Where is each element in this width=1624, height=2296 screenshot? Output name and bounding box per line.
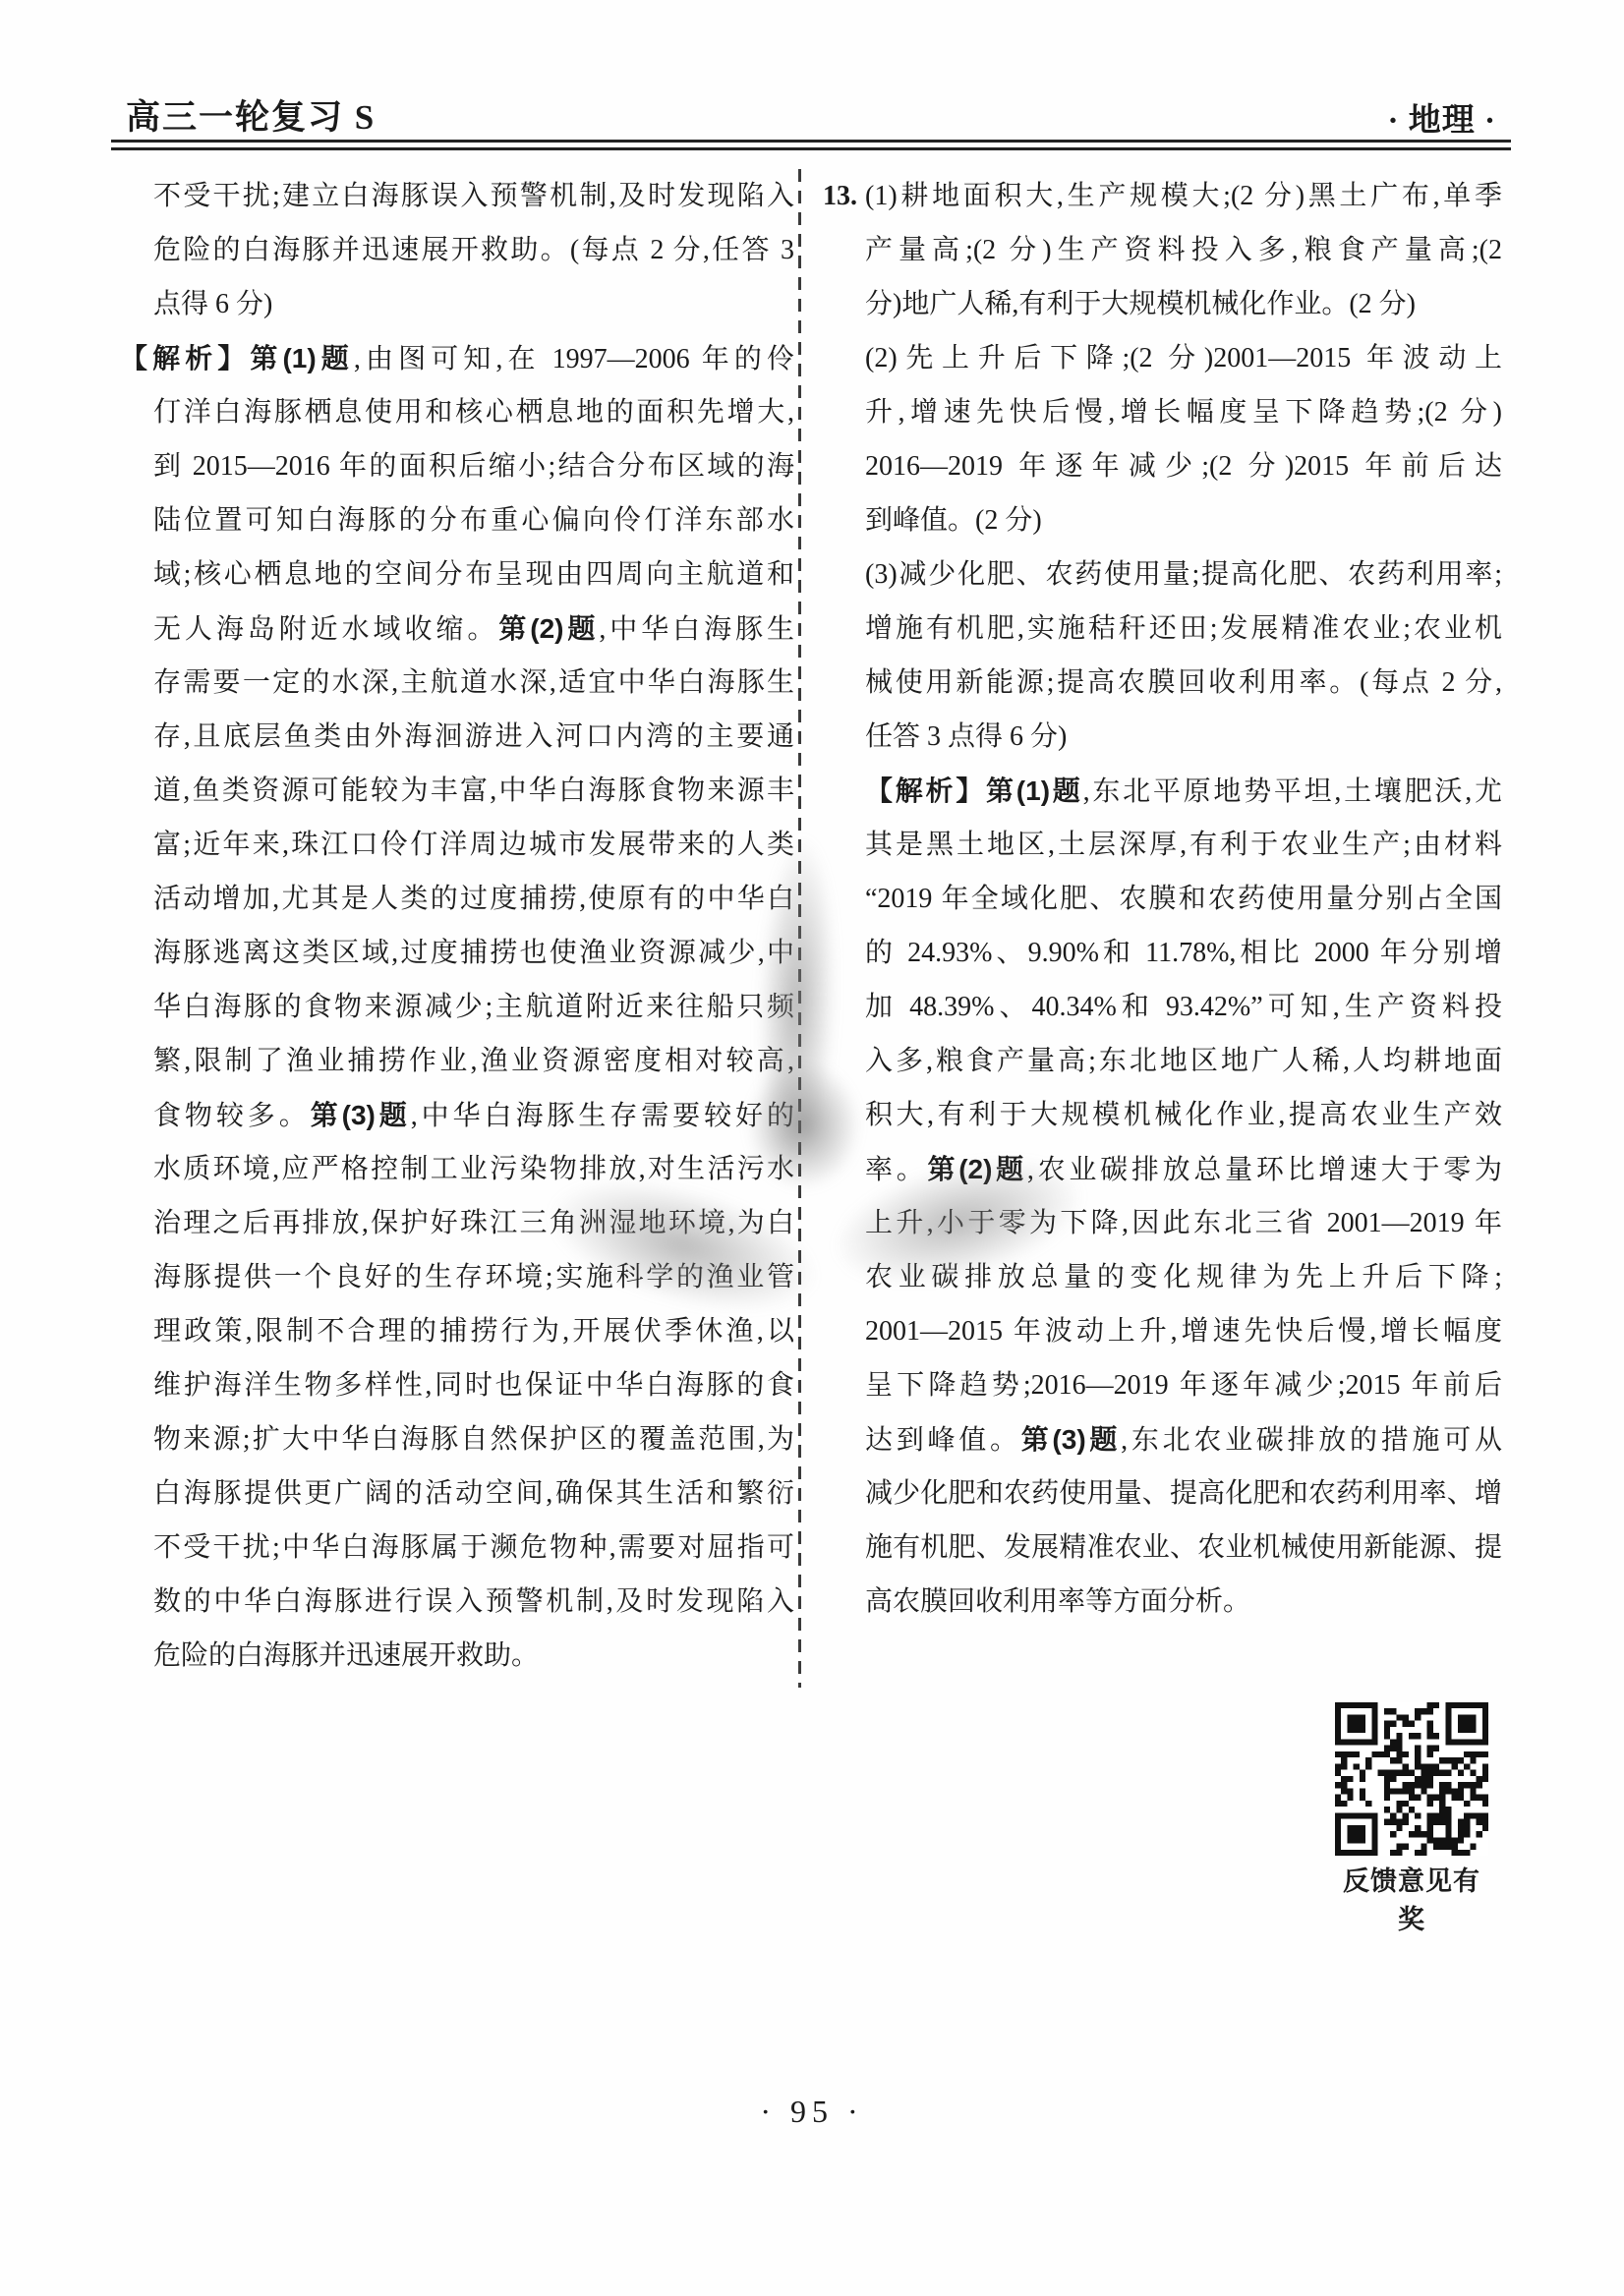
answer-12-continuation: 不受干扰;建立白海豚误入预警机制,及时发现陷入危险的白海豚并迅速展开救助。(每点… xyxy=(120,169,794,331)
text-line: 数的中华白海豚进行误入预警机制,及时发现陷入 xyxy=(153,1575,794,1629)
text-line: 加 48.39%、40.34%和 93.42%”可知,生产资料投 xyxy=(865,980,1502,1034)
text-line: “2019 年全域化肥、农膜和农药使用量分别占全国 xyxy=(865,872,1502,926)
text-line: 械使用新能源;提高农膜回收利用率。(每点 2 分, xyxy=(865,656,1502,710)
text-line: 域;核心栖息地的空间分布呈现由四周向主航道和 xyxy=(153,547,794,602)
text-line: 高农膜回收利用率等方面分析。 xyxy=(865,1575,1502,1629)
printed-answer-page: 高三一轮复习 S · 地理 · 不受干扰;建立白海豚误入预警机制,及时发现陷入危… xyxy=(0,0,1624,2296)
text-line: 上升,小于零为下降,因此东北三省 2001—2019 年 xyxy=(865,1196,1502,1250)
answer-13-2: (2)先上升后下降;(2 分)2001—2015 年波动上升,增速先快后慢,增长… xyxy=(865,331,1502,547)
text-line: 的 24.93%、9.90%和 11.78%,相比 2000 年分别增 xyxy=(865,926,1502,980)
text-line: 不受干扰;中华白海豚属于濒危物种,需要对屈指可 xyxy=(153,1521,794,1575)
text-line: 存需要一定的水深,主航道水深,适宜中华白海豚生 xyxy=(153,656,794,710)
text-line: 物来源;扩大中华白海豚自然保护区的覆盖范围,为 xyxy=(153,1412,794,1466)
text-line: 达到峰值。第(3)题,东北农业碳排放的措施可从 xyxy=(865,1412,1502,1466)
text-line: 白海豚提供更广阔的活动空间,确保其生活和繁衍 xyxy=(153,1466,794,1521)
feedback-qr-block: 反馈意见有奖 xyxy=(1333,1702,1490,1936)
answer-13-1: (1)耕地面积大,生产规模大;(2 分)黑土广布,单季产量高;(2 分)生产资料… xyxy=(865,169,1502,331)
text-line: 任答 3 点得 6 分) xyxy=(865,710,1502,764)
text-line: 到 2015—2016 年的面积后缩小;结合分布区域的海 xyxy=(153,439,794,493)
text-line: 富;近年来,珠江口伶仃洋周边城市发展带来的人类 xyxy=(153,818,794,872)
text-line: 活动增加,尤其是人类的过度捕捞,使原有的中华白 xyxy=(153,872,794,926)
analysis-paragraph-13: 【解析】第(1)题,东北平原地势平坦,土壤肥沃,尤其是黑土地区,土层深厚,有利于… xyxy=(865,764,1502,1629)
text-line: 繁,限制了渔业捕捞作业,渔业资源密度相对较高, xyxy=(153,1034,794,1088)
text-line: 率。第(2)题,农业碳排放总量环比增速大于零为 xyxy=(865,1142,1502,1196)
right-column: 13. (1)耕地面积大,生产规模大;(2 分)黑土广布,单季产量高;(2 分)… xyxy=(823,169,1502,1629)
question-number: 13. xyxy=(823,169,857,223)
header-subject: · 地理 · xyxy=(1387,94,1496,141)
text-line: 2001—2015 年波动上升,增速先快后慢,增长幅度 xyxy=(865,1304,1502,1358)
qr-caption: 反馈意见有奖 xyxy=(1333,1860,1490,1936)
text-line: 海豚提供一个良好的生存环境;实施科学的渔业管 xyxy=(153,1250,794,1304)
text-line: 危险的白海豚并迅速展开救助。(每点 2 分,任答 3 xyxy=(153,223,794,277)
question-13-content: (1)耕地面积大,生产规模大;(2 分)黑土广布,单季产量高;(2 分)生产资料… xyxy=(823,169,1502,1629)
text-line: 无人海岛附近水域收缩。第(2)题,中华白海豚生 xyxy=(153,602,794,656)
text-line: 维护海洋生物多样性,同时也保证中华白海豚的食 xyxy=(153,1358,794,1412)
page-number: · 95 · xyxy=(0,2094,1624,2130)
text-line: 食物较多。第(3)题,中华白海豚生存需要较好的 xyxy=(153,1088,794,1142)
column-divider-dashed xyxy=(798,169,801,1688)
text-line: 减少化肥和农药使用量、提高化肥和农药利用率、增 xyxy=(865,1466,1502,1521)
text-line: 理政策,限制不合理的捕捞行为,开展伏季休渔,以 xyxy=(153,1304,794,1358)
text-line: 水质环境,应严格控制工业污染物排放,对生活污水 xyxy=(153,1142,794,1196)
text-line: 农业碳排放总量的变化规律为先上升后下降; xyxy=(865,1250,1502,1304)
text-line: (1)耕地面积大,生产规模大;(2 分)黑土广布,单季 xyxy=(865,169,1502,223)
text-line: 海豚逃离这类区域,过度捕捞也使渔业资源减少,中 xyxy=(153,926,794,980)
text-line: 治理之后再排放,保护好珠江三角洲湿地环境,为白 xyxy=(153,1196,794,1250)
text-line: (2)先上升后下降;(2 分)2001—2015 年波动上 xyxy=(865,331,1502,385)
analysis-paragraph-12: 【解析】第(1)题,由图可知,在 1997—2006 年的伶仃洋白海豚栖息使用和… xyxy=(120,331,794,1683)
text-line: 存,且底层鱼类由外海洄游进入河口内湾的主要通 xyxy=(153,710,794,764)
text-line: 到峰值。(2 分) xyxy=(865,493,1502,547)
header-double-rule xyxy=(111,140,1511,150)
text-line: 升,增速先快后慢,增长幅度呈下降趋势;(2 分) xyxy=(865,385,1502,439)
text-line: 华白海豚的食物来源减少;主航道附近来往船只频 xyxy=(153,980,794,1034)
text-line: 增施有机肥,实施秸秆还田;发展精准农业;农业机 xyxy=(865,602,1502,656)
text-line: 积大,有利于大规模机械化作业,提高农业生产效 xyxy=(865,1088,1502,1142)
header-book-title: 高三一轮复习 S xyxy=(126,90,376,140)
text-line: 【解析】第(1)题,东北平原地势平坦,土壤肥沃,尤 xyxy=(865,764,1502,818)
text-line: 道,鱼类资源可能较为丰富,中华白海豚食物来源丰 xyxy=(153,764,794,818)
text-line: 入多,粮食产量高;东北地区地广人稀,人均耕地面 xyxy=(865,1034,1502,1088)
text-line: 危险的白海豚并迅速展开救助。 xyxy=(153,1629,794,1683)
text-line: 产量高;(2 分)生产资料投入多,粮食产量高;(2 xyxy=(865,223,1502,277)
text-line: 2016—2019 年逐年减少;(2 分)2015 年前后达 xyxy=(865,439,1502,493)
answer-13-3: (3)减少化肥、农药使用量;提高化肥、农药利用率;增施有机肥,实施秸秆还田;发展… xyxy=(865,547,1502,764)
text-line: 【解析】第(1)题,由图可知,在 1997—2006 年的伶 xyxy=(153,331,794,385)
text-line: 施有机肥、发展精准农业、农业机械使用新能源、提 xyxy=(865,1521,1502,1575)
text-line: 分)地广人稀,有利于大规模机械化作业。(2 分) xyxy=(865,277,1502,331)
left-column: 不受干扰;建立白海豚误入预警机制,及时发现陷入危险的白海豚并迅速展开救助。(每点… xyxy=(120,169,794,1683)
text-line: 陆位置可知白海豚的分布重心偏向伶仃洋东部水 xyxy=(153,493,794,547)
text-line: 仃洋白海豚栖息使用和核心栖息地的面积先增大, xyxy=(153,385,794,439)
qr-code-icon xyxy=(1333,1702,1490,1856)
text-line: 呈下降趋势;2016—2019 年逐年减少;2015 年前后 xyxy=(865,1358,1502,1412)
text-line: 其是黑土地区,土层深厚,有利于农业生产;由材料 xyxy=(865,818,1502,872)
text-line: 不受干扰;建立白海豚误入预警机制,及时发现陷入 xyxy=(153,169,794,223)
text-line: 点得 6 分) xyxy=(153,277,794,331)
text-line: (3)减少化肥、农药使用量;提高化肥、农药利用率; xyxy=(865,547,1502,602)
